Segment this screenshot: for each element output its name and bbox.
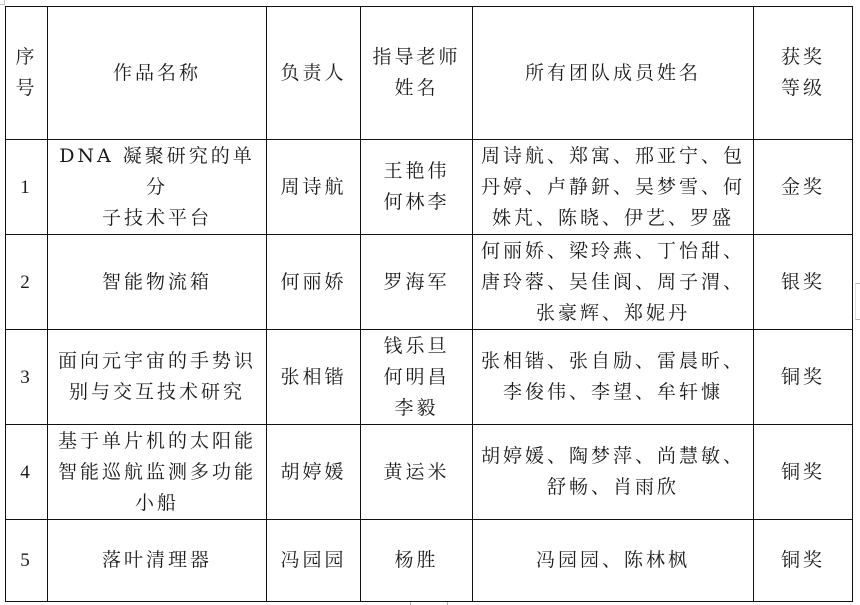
header-work-name: 作品名称 bbox=[48, 7, 267, 140]
cell-index: 2 bbox=[6, 235, 48, 330]
cell-award: 铜奖 bbox=[754, 520, 853, 602]
cell-members: 张相锴、张自励、雷晨昕、 李俊伟、李望、牟轩慷 bbox=[473, 330, 754, 425]
cell-advisor: 杨胜 bbox=[361, 520, 473, 602]
table-row: 5 落叶清理器 冯园园 杨胜 冯园园、陈林枫 铜奖 bbox=[6, 520, 853, 602]
cell-advisor: 罗海军 bbox=[361, 235, 473, 330]
cell-work-name: DNA 凝聚研究的单分 子技术平台 bbox=[48, 140, 267, 235]
page-corner-mark bbox=[0, 0, 5, 5]
award-table: 序 号 作品名称 负责人 指导老师 姓名 所有团队成员姓名 获奖 等级 1 DN… bbox=[5, 6, 853, 602]
cell-work-name: 智能物流箱 bbox=[48, 235, 267, 330]
header-award: 获奖 等级 bbox=[754, 7, 853, 140]
table-row: 2 智能物流箱 何丽娇 罗海军 何丽娇、梁玲燕、丁怡甜、 唐玲蓉、吴佳阆、周子渭… bbox=[6, 235, 853, 330]
cell-leader: 张相锴 bbox=[267, 330, 361, 425]
table-row: 4 基于单片机的太阳能 智能巡航监测多功能 小船 胡婷媛 黄运米 胡婷媛、陶梦萍… bbox=[6, 425, 853, 520]
cell-award: 铜奖 bbox=[754, 330, 853, 425]
cell-members: 周诗航、郑寓、邢亚宁、包 丹婷、卢静鈃、吴梦雪、何 姝芃、陈晓、伊艺、罗盛 bbox=[473, 140, 754, 235]
cell-award: 银奖 bbox=[754, 235, 853, 330]
page-edge-mark bbox=[855, 283, 860, 320]
header-advisor: 指导老师 姓名 bbox=[361, 7, 473, 140]
cell-members: 何丽娇、梁玲燕、丁怡甜、 唐玲蓉、吴佳阆、周子渭、 张豪辉、郑妮丹 bbox=[473, 235, 754, 330]
cell-advisor: 黄运米 bbox=[361, 425, 473, 520]
header-members: 所有团队成员姓名 bbox=[473, 7, 754, 140]
cell-index: 1 bbox=[6, 140, 48, 235]
cell-work-name: 面向元宇宙的手势识 别与交互技术研究 bbox=[48, 330, 267, 425]
cell-work-name: 落叶清理器 bbox=[48, 520, 267, 602]
cell-award: 铜奖 bbox=[754, 425, 853, 520]
header-index: 序 号 bbox=[6, 7, 48, 140]
cell-members: 冯园园、陈林枫 bbox=[473, 520, 754, 602]
cell-work-name: 基于单片机的太阳能 智能巡航监测多功能 小船 bbox=[48, 425, 267, 520]
header-leader: 负责人 bbox=[267, 7, 361, 140]
cell-index: 5 bbox=[6, 520, 48, 602]
cell-leader: 何丽娇 bbox=[267, 235, 361, 330]
table-row: 3 面向元宇宙的手势识 别与交互技术研究 张相锴 钱乐旦 何明昌 李毅 张相锴、… bbox=[6, 330, 853, 425]
header-row: 序 号 作品名称 负责人 指导老师 姓名 所有团队成员姓名 获奖 等级 bbox=[6, 7, 853, 140]
cell-index: 3 bbox=[6, 330, 48, 425]
cell-index: 4 bbox=[6, 425, 48, 520]
table-row: 1 DNA 凝聚研究的单分 子技术平台 周诗航 王艳伟 何林李 周诗航、郑寓、邢… bbox=[6, 140, 853, 235]
cell-advisor: 王艳伟 何林李 bbox=[361, 140, 473, 235]
cell-leader: 冯园园 bbox=[267, 520, 361, 602]
cell-members: 胡婷媛、陶梦萍、尚慧敏、 舒畅、肖雨欣 bbox=[473, 425, 754, 520]
cell-leader: 胡婷媛 bbox=[267, 425, 361, 520]
cell-leader: 周诗航 bbox=[267, 140, 361, 235]
cell-award: 金奖 bbox=[754, 140, 853, 235]
cell-advisor: 钱乐旦 何明昌 李毅 bbox=[361, 330, 473, 425]
